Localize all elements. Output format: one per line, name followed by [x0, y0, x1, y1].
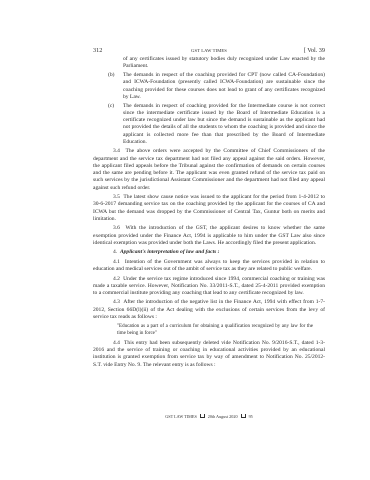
volume-label: [ Vol. 39: [304, 46, 325, 56]
list-item-c: (c) The demands in respect of coaching p…: [108, 103, 325, 147]
paragraph-number: 4.1: [113, 259, 120, 265]
running-head: 312 GST LAW TIMES [ Vol. 39: [93, 46, 325, 56]
paragraph-text: After the introduction of the negative l…: [93, 299, 325, 320]
list-item-b: (b) The demands in respect of the coachi…: [108, 72, 325, 101]
journal-title: GST LAW TIMES: [93, 46, 325, 56]
footer-date: 20th August 2020: [208, 414, 238, 419]
paragraph-4-3: 4.3 After the introduction of the negati…: [93, 299, 325, 321]
paragraph-number: 4.3: [113, 299, 120, 305]
paragraph-text: Intention of the Government was always t…: [93, 259, 325, 272]
paragraph-number: 3.6: [113, 225, 120, 231]
paragraph-text: Under the service tax regime introduced …: [93, 276, 325, 297]
paragraph-number: 3.4: [113, 148, 120, 154]
footer-publication: GST LAW TIMES: [165, 414, 197, 419]
document-page: 312 GST LAW TIMES [ Vol. 39 of any certi…: [0, 0, 370, 480]
footer-page-ref: 95: [249, 414, 253, 419]
body-text: of any certificates issued by statutory …: [93, 56, 325, 369]
paragraph-3-6: 3.6 With the introduction of the GST, th…: [93, 225, 325, 247]
page-footer: GST LAW TIMES20th August 202095: [93, 413, 325, 421]
paragraph-number: 3.5: [113, 194, 120, 200]
list-item-text: The demands in respect of the coaching p…: [123, 72, 325, 101]
paragraph-3-4: 3.4 The above orders were accepted by th…: [93, 148, 325, 192]
list-item-text: The demands in respect of coaching provi…: [123, 103, 325, 147]
paragraph-text: This entry had been subsequently deleted…: [93, 340, 325, 368]
continuation-text: of any certificates issued by statutory …: [108, 56, 325, 71]
separator-icon: [200, 414, 205, 418]
list-label: (b): [108, 72, 114, 79]
paragraph-text: With the introduction of the GST, the ap…: [93, 225, 325, 246]
paragraph-4-4: 4.4 This entry had been subsequently del…: [93, 340, 325, 369]
paragraph-text: The latest show cause notice was issued …: [93, 194, 325, 222]
paragraph-3-5: 3.5 The latest show cause notice was iss…: [93, 194, 325, 223]
list-label: (c): [108, 103, 114, 110]
separator-icon: [241, 414, 246, 418]
section-heading: 4. Applicant's interpretation of law and…: [93, 249, 325, 256]
paragraph-4-2: 4.2 Under the service tax regime introdu…: [93, 276, 325, 298]
block-quote: "Education as a part of a curriculum for…: [117, 324, 313, 338]
section-title: Applicant's interpretation of law and fa…: [120, 249, 220, 255]
paragraph-number: 4.4: [113, 340, 120, 346]
paragraph-4-1: 4.1 Intention of the Government was alwa…: [93, 259, 325, 274]
section-number: 4.: [113, 249, 117, 255]
continued-list: of any certificates issued by statutory …: [108, 56, 325, 146]
paragraph-text: The above orders were accepted by the Co…: [93, 148, 325, 190]
paragraph-number: 4.2: [113, 276, 120, 282]
